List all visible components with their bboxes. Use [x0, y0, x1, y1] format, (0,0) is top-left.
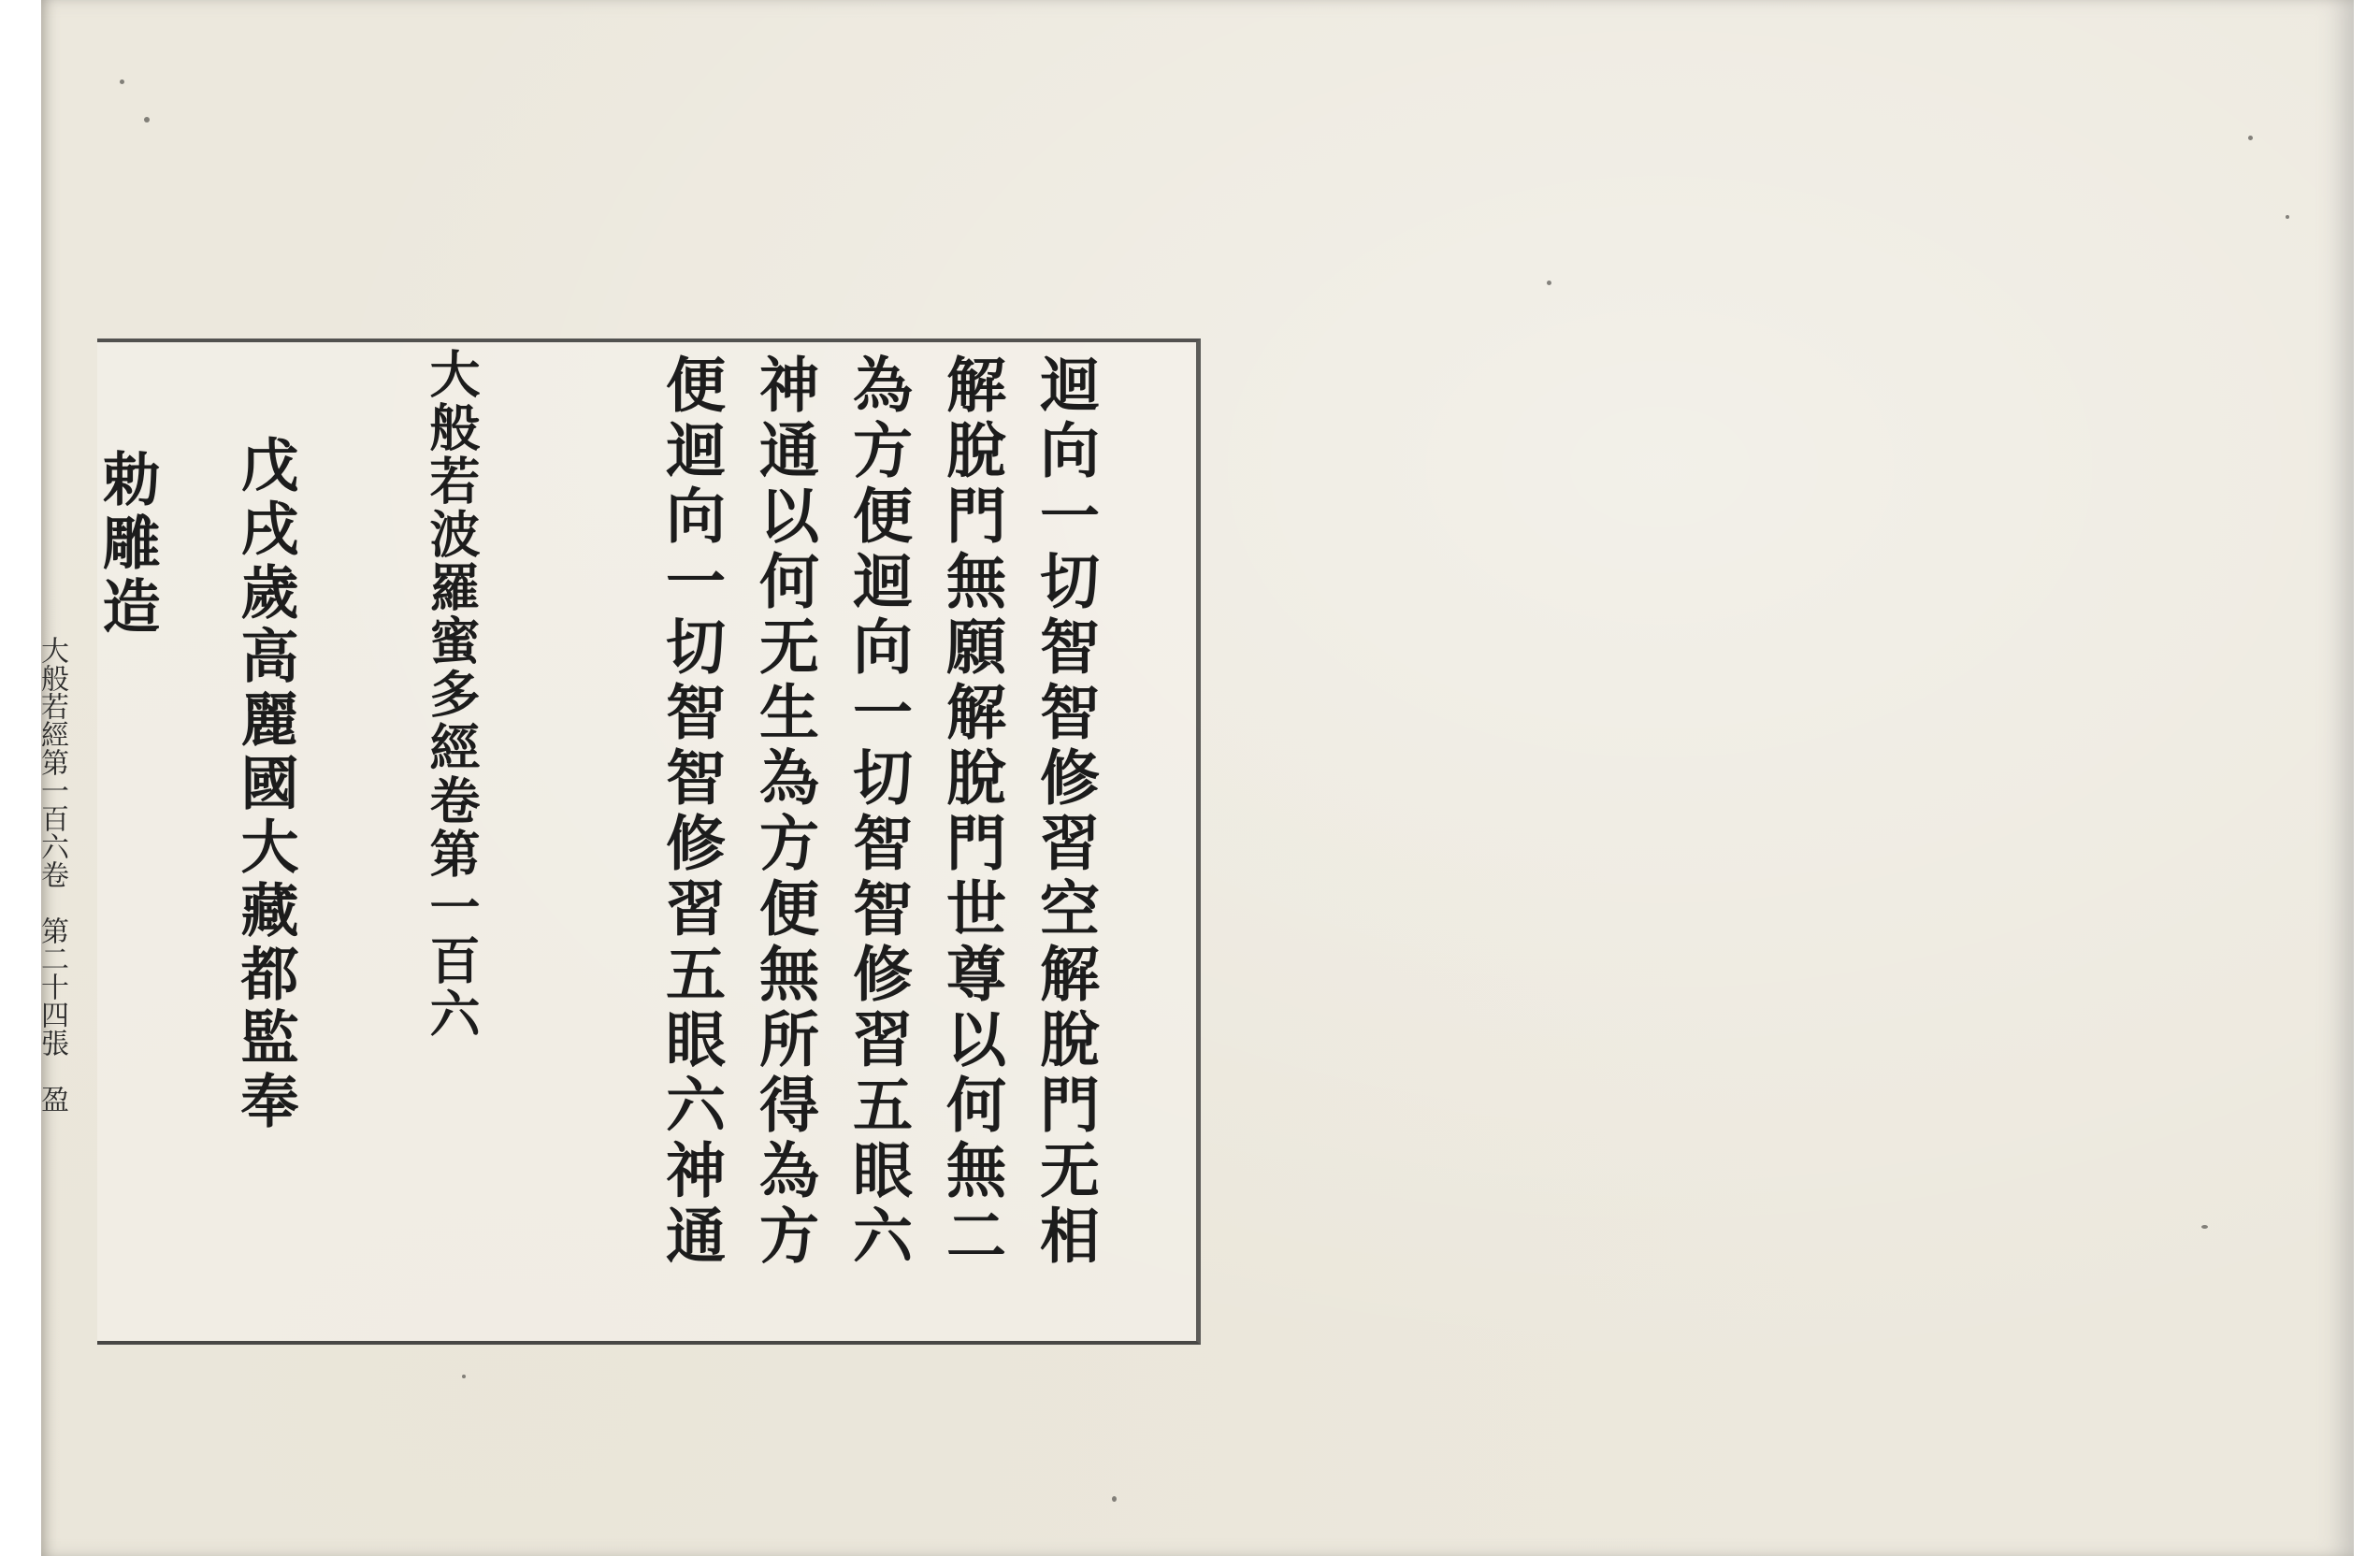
paper-speck: [1547, 281, 1551, 285]
body-column-4: 神通以何无生為方便無所得為方: [754, 353, 814, 1270]
paper-speck: [120, 79, 124, 84]
body-column-3: 為方便迴向一切智智修習五眼六: [847, 353, 907, 1270]
body-column-1: 迴向一切智智修習空解脫門无相: [1034, 353, 1094, 1270]
paper-speck: [2286, 215, 2289, 219]
paper-speck: [1112, 1496, 1117, 1502]
paper-speck: [2201, 1225, 2208, 1229]
margin-label: 大般若經第一百六卷第二十四張盈: [37, 636, 65, 1113]
sutra-title: 大般若波羅蜜多經卷第一百六: [426, 348, 477, 1041]
colophon-line-1: 戊戌歲高麗國大藏都監奉: [236, 435, 294, 1134]
body-column-5: 便迴向一切智智修習五眼六神通: [660, 353, 720, 1270]
paper-speck: [144, 117, 150, 122]
margin-sheet-number: 第二十四張: [36, 916, 68, 1057]
margin-case-mark: 盈: [36, 1085, 68, 1113]
body-column-2: 解脫門無願解脫門世尊以何無二: [941, 353, 1001, 1270]
paper-speck: [2248, 136, 2253, 140]
margin-sutra-volume: 大般若經第一百六卷: [36, 636, 68, 888]
paper-speck: [462, 1375, 466, 1378]
scanned-sutra-page: 迴向一切智智修習空解脫門无相 解脫門無願解脫門世尊以何無二 為方便迴向一切智智修…: [41, 0, 2354, 1556]
colophon-line-2: 勅雕造: [97, 449, 155, 640]
